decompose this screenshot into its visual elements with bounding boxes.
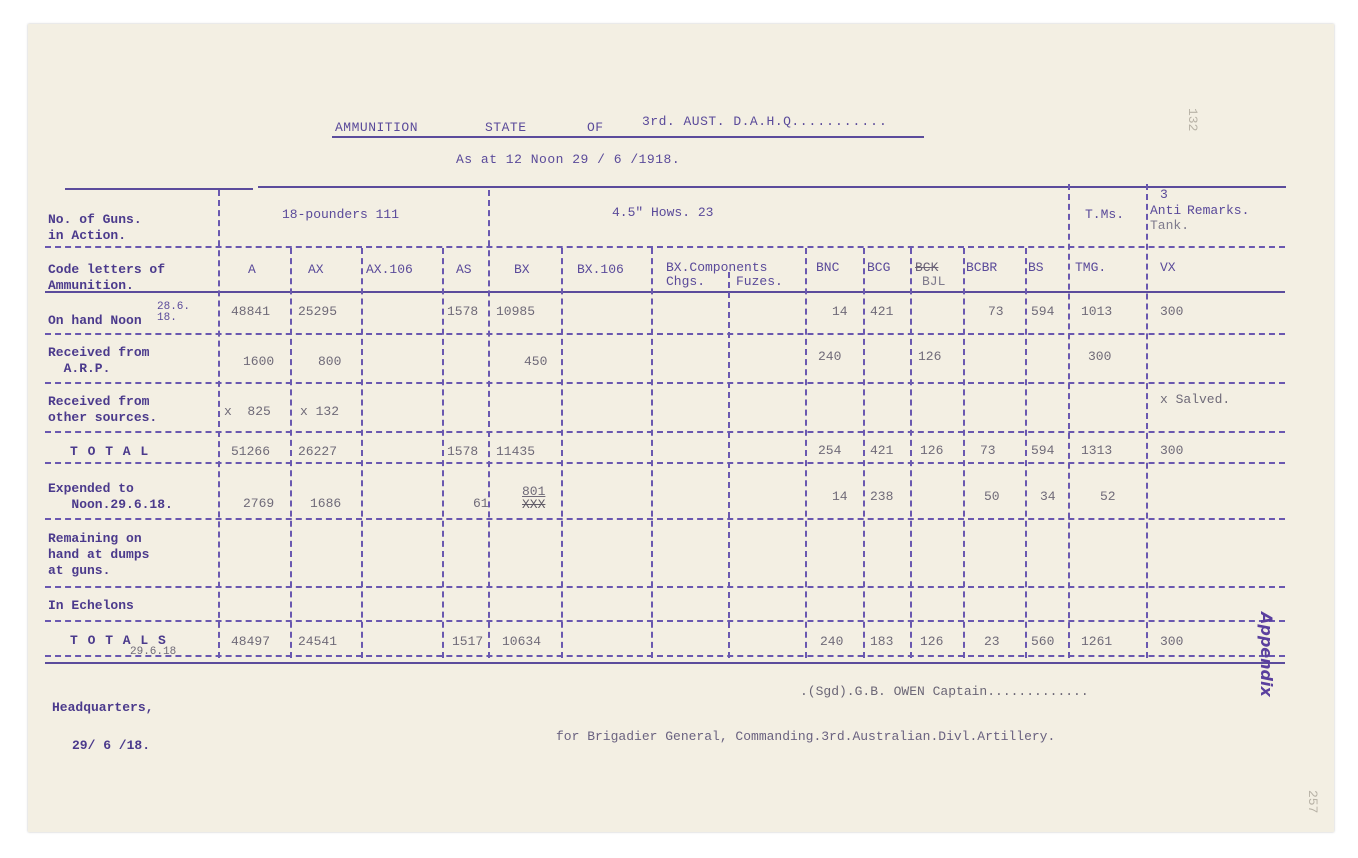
code-bx106: BX.106 <box>577 262 624 277</box>
header-18-pounders: 18-pounders 111 <box>282 207 399 222</box>
unit-dots: .......... <box>800 114 888 129</box>
cell-totals-ax: 24541 <box>298 634 337 649</box>
cell-total-bcbr: 73 <box>980 443 996 458</box>
col-divider <box>442 248 444 658</box>
code-fuzes: Fuzes. <box>736 274 783 289</box>
header-tank: Tank. <box>1150 218 1189 233</box>
code-ax106: AX.106 <box>366 262 413 277</box>
col-divider <box>290 248 292 658</box>
cell-onhand-bs: 594 <box>1031 304 1054 319</box>
cell-onhand-bx: 10985 <box>496 304 535 319</box>
header-4-5-hows: 4.5" Hows. 23 <box>612 205 713 220</box>
row-label-echelons: In Echelons <box>48 598 134 614</box>
code-a: A <box>248 262 256 277</box>
cell-exp-bx-struck: XXX <box>522 497 545 512</box>
code-as: AS <box>456 262 472 277</box>
cell-arp-ax: 800 <box>318 354 341 369</box>
col-divider <box>218 190 220 658</box>
col-divider <box>805 248 807 658</box>
archive-stamp-top: 132 <box>1185 108 1200 131</box>
cell-total-bs: 594 <box>1031 443 1054 458</box>
col-divider <box>910 248 912 658</box>
cell-onhand-bcbr: 73 <box>988 304 1004 319</box>
cell-onhand-a: 48841 <box>231 304 270 319</box>
cell-arp-a: 1600 <box>243 354 274 369</box>
title-of: OF <box>587 120 604 135</box>
cell-totals-bck: 126 <box>920 634 943 649</box>
cell-totals-bs: 560 <box>1031 634 1054 649</box>
code-vx: VX <box>1160 260 1176 275</box>
cell-arp-bnc: 240 <box>818 349 841 364</box>
col-divider <box>651 248 653 658</box>
row-divider <box>45 655 1285 657</box>
table-bottom-rule <box>45 662 1285 664</box>
code-bnc: BNC <box>816 260 839 275</box>
cell-exp-bs: 34 <box>1040 489 1056 504</box>
code-letters-label: Code letters of Ammunition. <box>48 262 165 294</box>
code-chgs: Chgs. <box>666 274 705 289</box>
cell-totals-as: 1517 <box>452 634 483 649</box>
cell-exp-ax: 1686 <box>310 496 341 511</box>
cell-onhand-bnc: 14 <box>832 304 848 319</box>
code-bjl: BJL <box>922 274 945 289</box>
code-bx: BX <box>514 262 530 277</box>
cell-arp-bck: 126 <box>918 349 941 364</box>
cell-onhand-bcg: 421 <box>870 304 893 319</box>
col-divider <box>963 248 965 658</box>
row-label-received-other: Received from other sources. <box>48 394 157 426</box>
cell-totals-bcg: 183 <box>870 634 893 649</box>
row-divider <box>45 518 1285 520</box>
cell-totals-a: 48497 <box>231 634 270 649</box>
row-divider <box>45 431 1285 433</box>
remark-salved: x Salved. <box>1160 392 1230 407</box>
title-ammunition: AMMUNITION <box>335 120 418 135</box>
cell-totals-vx: 300 <box>1160 634 1183 649</box>
col-divider <box>728 272 730 658</box>
row-label-total: T O T A L <box>70 444 149 460</box>
unit-name: 3rd. AUST. D.A.H.Q. <box>642 114 800 129</box>
cell-total-bnc: 254 <box>818 443 841 458</box>
footer-signature: .(Sgd).G.B. OWEN Captain............. <box>800 684 1089 699</box>
code-tmg: TMG. <box>1075 260 1106 275</box>
cell-exp-a: 2769 <box>243 496 274 511</box>
document-page <box>28 24 1334 832</box>
cell-exp-tmg: 52 <box>1100 489 1116 504</box>
row-divider <box>45 333 1285 335</box>
code-bcbr: BCBR <box>966 260 997 275</box>
header-bottom-rule <box>45 291 1285 293</box>
guns-in-action-label: No. of Guns. in Action. <box>48 212 142 244</box>
table-top-rule-2 <box>258 186 1286 188</box>
cell-exp-bcg: 238 <box>870 489 893 504</box>
code-bx-components: BX.Components <box>666 260 767 275</box>
header-anti-tank-number: 3 <box>1160 187 1168 202</box>
col-divider <box>863 248 865 658</box>
cell-exp-bnc: 14 <box>832 489 848 504</box>
cell-totals-tmg: 1261 <box>1081 634 1112 649</box>
row-divider <box>45 620 1285 622</box>
cell-onhand-tmg: 1013 <box>1081 304 1112 319</box>
cell-total-bck: 126 <box>920 443 943 458</box>
col-divider <box>361 248 363 658</box>
title-underline <box>332 136 924 138</box>
cell-total-as: 1578 <box>447 444 478 459</box>
title-state: STATE <box>485 120 527 135</box>
cell-total-bx: 11435 <box>496 444 535 459</box>
cell-arp-bx: 450 <box>524 354 547 369</box>
cell-exp-as: 61 <box>473 496 489 511</box>
cell-other-a: x 825 <box>224 404 271 419</box>
cell-exp-bcbr: 50 <box>984 489 1000 504</box>
col-divider <box>1025 248 1027 658</box>
cell-totals-bx: 10634 <box>502 634 541 649</box>
header-remarks: Remarks. <box>1187 203 1249 218</box>
row-divider <box>45 462 1285 464</box>
row-label-remaining: Remaining on hand at dumps at guns. <box>48 531 149 579</box>
row-label-on-hand: On hand Noon <box>48 313 142 329</box>
row-divider <box>45 246 1285 248</box>
title-unit: 3rd. AUST. D.A.H.Q........... <box>642 114 888 129</box>
col-divider <box>1068 184 1070 658</box>
cell-total-bcg: 421 <box>870 443 893 458</box>
cell-onhand-vx: 300 <box>1160 304 1183 319</box>
archive-stamp-bottom: 257 <box>1305 790 1320 813</box>
row-divider <box>45 382 1285 384</box>
cell-total-vx: 300 <box>1160 443 1183 458</box>
cell-other-ax: x 132 <box>300 404 339 419</box>
as-at-date: As at 12 Noon 29 / 6 /1918. <box>456 152 680 167</box>
footer-signature-line: for Brigadier General, Commanding.3rd.Au… <box>556 729 1055 744</box>
row-divider <box>45 586 1285 588</box>
col-divider <box>1146 184 1148 658</box>
cell-arp-tmg: 300 <box>1088 349 1111 364</box>
row-label-totals-date: 29.6.18 <box>130 646 176 658</box>
cell-total-ax: 26227 <box>298 444 337 459</box>
row-label-expended: Expended to Noon.29.6.18. <box>48 481 173 513</box>
appendix-annotation: Appendix <box>1257 612 1276 697</box>
code-ax: AX <box>308 262 324 277</box>
code-bck-struck: BCK <box>915 260 938 275</box>
cell-totals-bnc: 240 <box>820 634 843 649</box>
header-tms: T.Ms. <box>1085 207 1124 222</box>
col-divider <box>488 190 490 658</box>
code-bcg: BCG <box>867 260 890 275</box>
header-anti: Anti <box>1150 203 1181 218</box>
cell-onhand-as: 1578 <box>447 304 478 319</box>
col-divider <box>561 248 563 658</box>
cell-totals-bcbr: 23 <box>984 634 1000 649</box>
row-label-on-hand-date: 28.6. 18. <box>157 302 190 324</box>
cell-onhand-ax: 25295 <box>298 304 337 319</box>
code-bs: BS <box>1028 260 1044 275</box>
cell-total-tmg: 1313 <box>1081 443 1112 458</box>
footer-place: Headquarters, <box>52 700 153 715</box>
row-label-received-arp: Received from A.R.P. <box>48 345 149 377</box>
cell-total-a: 51266 <box>231 444 270 459</box>
table-top-rule <box>65 188 253 190</box>
footer-date: 29/ 6 /18. <box>72 738 150 753</box>
